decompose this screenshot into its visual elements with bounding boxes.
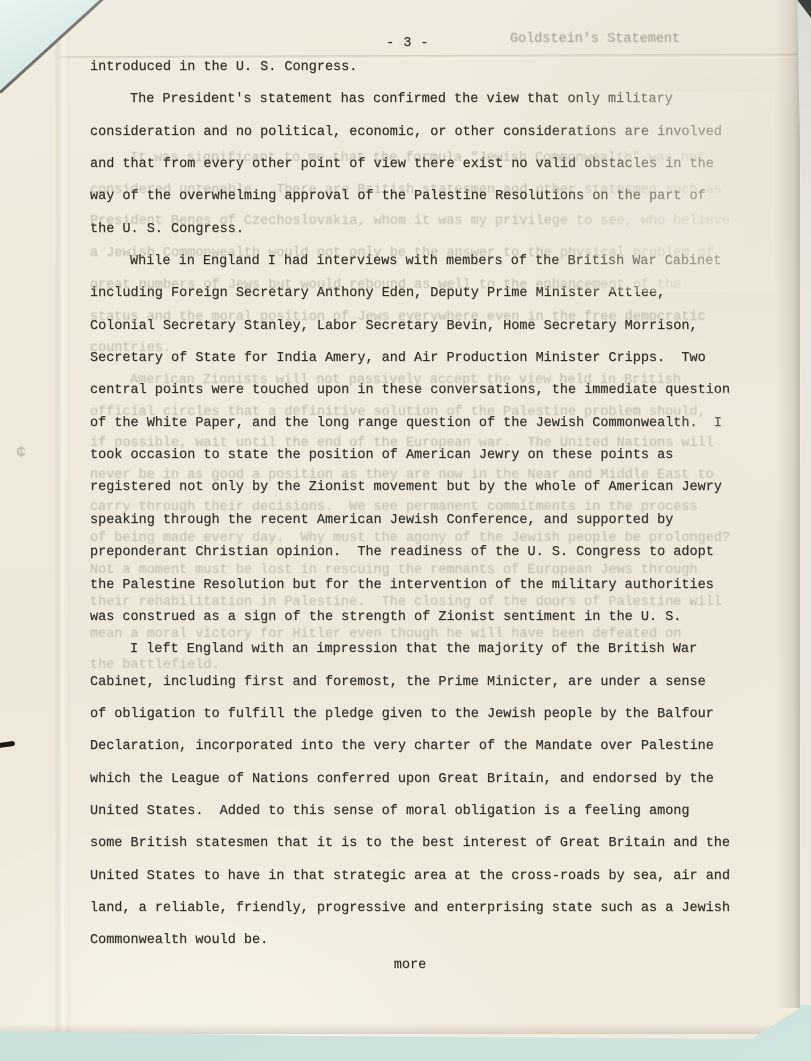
scanned-document-page: - 3 - Goldstein's Statement It was signi… [0,0,811,1061]
document-line: Declaration, incorporated into the very … [90,731,780,763]
document-line: of obligation to fulfill the pledge give… [90,699,780,731]
page-number: - 3 - [386,36,429,51]
document-line: the Palestine Resolution but for the int… [90,570,780,602]
vertical-fold-crease [54,0,70,1061]
document-line: Colonial Secretary Stanley, Labor Secret… [90,311,780,343]
document-line: registered not only by the Zionist movem… [90,472,780,504]
header-stamp: Goldstein's Statement [510,32,680,47]
document-line: Cabinet, including first and foremost, t… [90,667,780,699]
document-line: was construed as a sign of the strength … [90,602,780,634]
continuation-marker: more [330,958,490,973]
faded-ink-region [650,392,770,426]
ink-smudge: ¢ [16,444,26,463]
document-line: United States. Added to this sense of mo… [90,796,780,828]
document-line: took occasion to state the position of A… [90,440,780,472]
document-line: land, a reliable, friendly, progressive … [90,893,780,925]
bottom-edge-shading [0,1024,811,1034]
document-line: United States to have in that strategic … [90,861,780,893]
document-line: some British statesmen that it is to the… [90,828,780,860]
document-line: Secretary of State for India Amery, and … [90,343,780,375]
document-line: Commonwealth would be. [90,925,780,957]
document-line: speaking through the recent American Jew… [90,505,780,537]
faded-ink-region [530,92,775,292]
document-line: which the League of Nations conferred up… [90,764,780,796]
document-line: preponderant Christian opinion. The read… [90,537,780,569]
document-line: I left England with an impression that t… [90,634,780,666]
document-line: introduced in the U. S. Congress. [90,52,780,84]
